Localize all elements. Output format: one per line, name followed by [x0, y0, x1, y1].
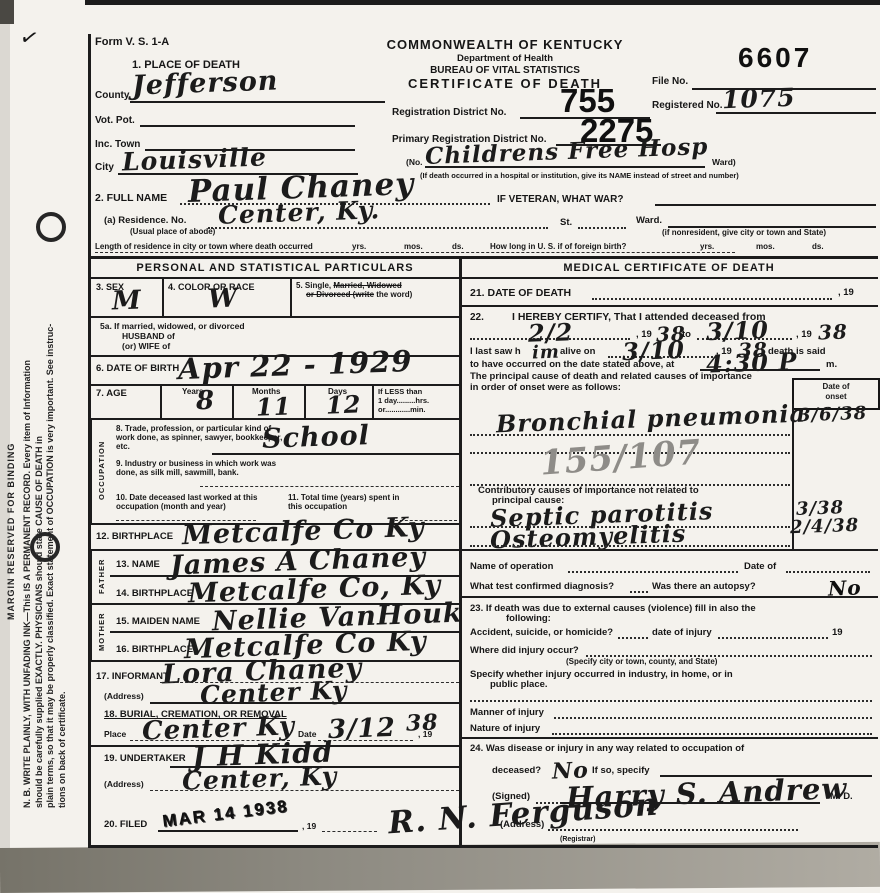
length-row-line — [95, 252, 735, 253]
q19-undertaker-label: 19. UNDERTAKER — [104, 754, 186, 765]
age-cell-2 — [232, 384, 234, 418]
marital-struck-1: Married, Widowed — [333, 281, 401, 290]
sex-row-bottom — [91, 316, 459, 318]
q17-informant-label: 17. INFORMANT — [96, 672, 169, 683]
accident-line — [618, 637, 648, 639]
specify-text-line2: public place. — [490, 680, 548, 691]
county-line — [130, 101, 385, 103]
file-no-label: File No. — [652, 76, 688, 87]
cause-line-1 — [470, 434, 790, 436]
physician-address-line — [548, 829, 798, 831]
ward-suffix: Ward) — [712, 158, 736, 168]
burial-place-label: Place — [104, 730, 126, 740]
injury-date-line — [718, 637, 828, 639]
q9-industry-label: 9. Industry or business in which work wa… — [116, 460, 284, 478]
operation-date-label: Date of — [744, 562, 776, 573]
certificate-number-stamp: 6607 — [738, 42, 812, 74]
if-so-specify-label: If so, specify — [592, 766, 650, 777]
commonwealth-title: COMMONWEALTH OF KENTUCKY — [330, 38, 680, 53]
medical-header-underline — [462, 277, 878, 279]
full-name-label: 2. FULL NAME — [95, 193, 167, 205]
q21-row-bottom — [462, 305, 878, 307]
onset-label-line2: onset — [794, 392, 878, 402]
occurred-text: to have occurred on the date stated abov… — [470, 360, 674, 371]
operation-date-line — [786, 571, 870, 573]
burial-19-label: , 19 — [418, 730, 432, 740]
us-length-label: How long in U. S. if of foreign birth? — [490, 243, 626, 252]
registered-no-line — [716, 112, 876, 114]
margin-binding-note: MARGIN RESERVED FOR BINDING — [6, 220, 16, 620]
street-line — [578, 227, 626, 229]
q23-divider-line — [470, 700, 872, 702]
q21-19-label: , 19 — [838, 288, 854, 299]
vot-pot-line — [140, 125, 355, 127]
cert-to-year: 38 — [818, 319, 849, 344]
age-days-value: 12 — [326, 389, 362, 419]
onset-label-line1: Date of — [794, 382, 878, 392]
q13-name-label: 13. NAME — [116, 560, 160, 571]
age-row-bottom — [91, 418, 459, 420]
scan-edge-corner — [0, 0, 14, 24]
county-value: Jefferson — [132, 65, 279, 101]
undertaker-address-line — [150, 790, 459, 791]
q11-total-time-label: 11. Total time (years) spent in this occ… — [288, 494, 408, 512]
q12-birthplace-label: 12. BIRTHPLACE — [96, 532, 173, 543]
hospital-line — [425, 166, 705, 168]
section-top-border — [88, 256, 878, 259]
personal-section-header: PERSONAL AND STATISTICAL PARTICULARS — [91, 262, 459, 274]
operation-line — [568, 571, 738, 573]
cert-to-19: , 19 — [796, 330, 812, 341]
hospital-note: (If death occurred in a hospital or inst… — [420, 172, 878, 180]
test-line — [630, 591, 648, 593]
nature-injury-line — [552, 733, 872, 735]
residence-label: (a) Residence. No. — [104, 216, 186, 227]
q8-trade-label: 8. Trade, profession, or particular kind… — [116, 425, 284, 452]
informant-address-value: Center Ky — [200, 675, 348, 709]
length-residence-label: Length of residence in city or town wher… — [95, 243, 313, 252]
dob-row-bottom — [91, 384, 459, 386]
filed-date-stamp: MAR 14 1938 — [161, 796, 289, 831]
informant-address-line — [150, 702, 459, 704]
us-yrs-label: yrs. — [700, 243, 714, 252]
age-cell-3 — [304, 384, 306, 418]
us-mos-label: mos. — [756, 243, 775, 252]
manner-injury-label: Manner of injury — [470, 708, 544, 719]
veteran-label: IF VETERAN, WHAT WAR? — [497, 194, 623, 205]
q14-birthplace-label: 14. BIRTHPLACE — [116, 589, 193, 600]
mother-vertical-label: MOTHER — [91, 603, 111, 660]
form-number: Form V. S. 1-A — [95, 36, 169, 48]
margin-nb-line2: should be carefully supplied EXACTLY. PH… — [34, 88, 46, 808]
vot-pot-label: Vot. Pot. — [95, 115, 135, 126]
age-cell-1 — [160, 384, 162, 418]
q24-text: 24. Was disease or injury in any way rel… — [470, 744, 744, 755]
column-divider — [459, 256, 462, 846]
filed-line — [158, 830, 298, 832]
undertaker-address-label: (Address) — [104, 780, 144, 790]
injury-date-label: date of injury — [652, 628, 712, 639]
wife-of-label: (or) WIFE of — [122, 342, 170, 352]
bureau-subtitle: BUREAU OF VITAL STATISTICS — [330, 65, 680, 76]
q8-line — [212, 453, 459, 455]
contrib-section-bottom — [462, 549, 878, 551]
contributory-onset-2: 2/4/38 — [790, 515, 860, 538]
q21-line — [592, 298, 832, 300]
q23-text-line2: following: — [506, 614, 551, 625]
personal-header-underline — [91, 277, 459, 279]
injury-19-label: 19 — [832, 628, 843, 639]
registered-no-label: Registered No. — [652, 100, 723, 111]
color-race-value: W — [207, 283, 238, 314]
pencil-notation: 155/107 — [539, 432, 703, 483]
abode-note: (Usual place of abode) — [130, 228, 215, 237]
autopsy-row-bottom — [462, 596, 878, 598]
street-label: St. — [560, 218, 572, 229]
age-years-value: 8 — [195, 386, 215, 417]
nature-injury-label: Nature of injury — [470, 724, 540, 735]
marital-the-word: the word) — [376, 290, 412, 299]
margin-nb-line4: tions on back of certificate. — [57, 88, 69, 808]
cause-onset-date: 3/6/38 — [798, 403, 868, 426]
form-bottom-border — [88, 845, 878, 848]
contrib-line-2 — [470, 545, 790, 547]
test-diagnosis-label: What test confirmed diagnosis? — [470, 582, 614, 593]
q15-maiden-label: 15. MAIDEN NAME — [116, 617, 200, 628]
checkmark-pen: ✓ — [17, 24, 41, 52]
length-mos-label: mos. — [404, 243, 423, 252]
marital-label-line2: or Divorced (write the word) — [306, 291, 412, 300]
q22-number: 22. — [470, 312, 484, 323]
dob-label: 6. DATE OF BIRTH — [96, 364, 179, 375]
age-less-line3: or............min. — [378, 406, 426, 414]
color-cell-divider — [290, 277, 292, 317]
certificate-title: CERTIFICATE OF DEATH — [330, 77, 680, 92]
where-injury-note: (Specify city or town, county, and State… — [566, 658, 717, 667]
sex-cell-divider — [162, 277, 164, 317]
residence-value: Center, Ky. — [218, 195, 381, 230]
marital-single: 5. Single, — [296, 281, 331, 290]
autopsy-label: Was there an autopsy? — [652, 582, 756, 593]
father-vertical-label: FATHER — [91, 549, 111, 603]
age-label: 7. AGE — [96, 389, 127, 400]
filed-19-line — [322, 831, 377, 832]
m-label: m. — [826, 360, 837, 371]
reg-district-label: Registration District No. — [392, 107, 506, 118]
injury-section-bottom — [462, 737, 878, 739]
county-label: County — [95, 90, 129, 101]
md-label: M. D. — [830, 792, 853, 803]
q10-last-worked-label: 10. Date deceased last worked at this oc… — [116, 494, 271, 512]
dob-value: Apr 22 - 1929 — [177, 344, 412, 386]
dept-subtitle: Department of Health — [330, 54, 680, 65]
q20-filed-label: 20. FILED — [104, 820, 147, 831]
length-ds-label: ds. — [452, 243, 464, 252]
length-yrs-label: yrs. — [352, 243, 366, 252]
scan-shadow-bottom — [0, 842, 880, 893]
informant-address-label: (Address) — [104, 692, 144, 702]
deceased-label: deceased? — [492, 766, 541, 777]
veteran-line — [655, 204, 876, 206]
sex-value: M — [111, 285, 142, 316]
last-saw-text2: alive on — [560, 347, 595, 358]
marital-struck-2: or Divorced (write — [306, 290, 374, 299]
q9-line — [200, 486, 459, 487]
us-ds-label: ds. — [812, 243, 824, 252]
ward-label: Ward. — [636, 216, 662, 227]
accident-label: Accident, suicide, or homicide? — [470, 628, 613, 639]
city-label: City — [95, 162, 114, 173]
margin-nb-line1: N. B. WRITE PLAINLY, WITH UNFADING INK—T… — [22, 88, 34, 808]
last-saw-text1: I last saw h — [470, 347, 521, 358]
nonresident-note: (if nonresident, give city or town and S… — [662, 229, 826, 238]
registrar-label: (Registrar) — [560, 836, 595, 844]
q16-birthplace-label: 16. BIRTHPLACE — [116, 645, 193, 656]
medical-section-header: MEDICAL CERTIFICATE OF DEATH — [462, 262, 876, 274]
occupation-vertical-label: OCCUPATION — [91, 418, 111, 523]
margin-nb-note: N. B. WRITE PLAINLY, WITH UNFADING INK—T… — [22, 88, 68, 808]
registered-no-value: 1075 — [722, 83, 797, 115]
q21-date-of-death-label: 21. DATE OF DEATH — [470, 288, 571, 300]
where-injury-label: Where did injury occur? — [470, 646, 579, 657]
q8-trade-value: School — [261, 420, 370, 455]
manner-injury-line — [554, 717, 872, 719]
scan-edge-top — [85, 0, 880, 5]
operation-label: Name of operation — [470, 562, 553, 573]
principal-cause-text2: in order of onset were as follows: — [470, 383, 621, 394]
filed-19-label: , 19 — [302, 822, 316, 832]
age-cell-4 — [372, 384, 374, 418]
death-certificate-scan: ✓ MARGIN RESERVED FOR BINDING N. B. WRIT… — [0, 0, 880, 893]
cause-of-death-value: Bronchial pneumonia — [496, 399, 807, 439]
margin-nb-line3: plain terms, so that it may be properly … — [45, 88, 57, 808]
residence-line — [208, 227, 548, 229]
